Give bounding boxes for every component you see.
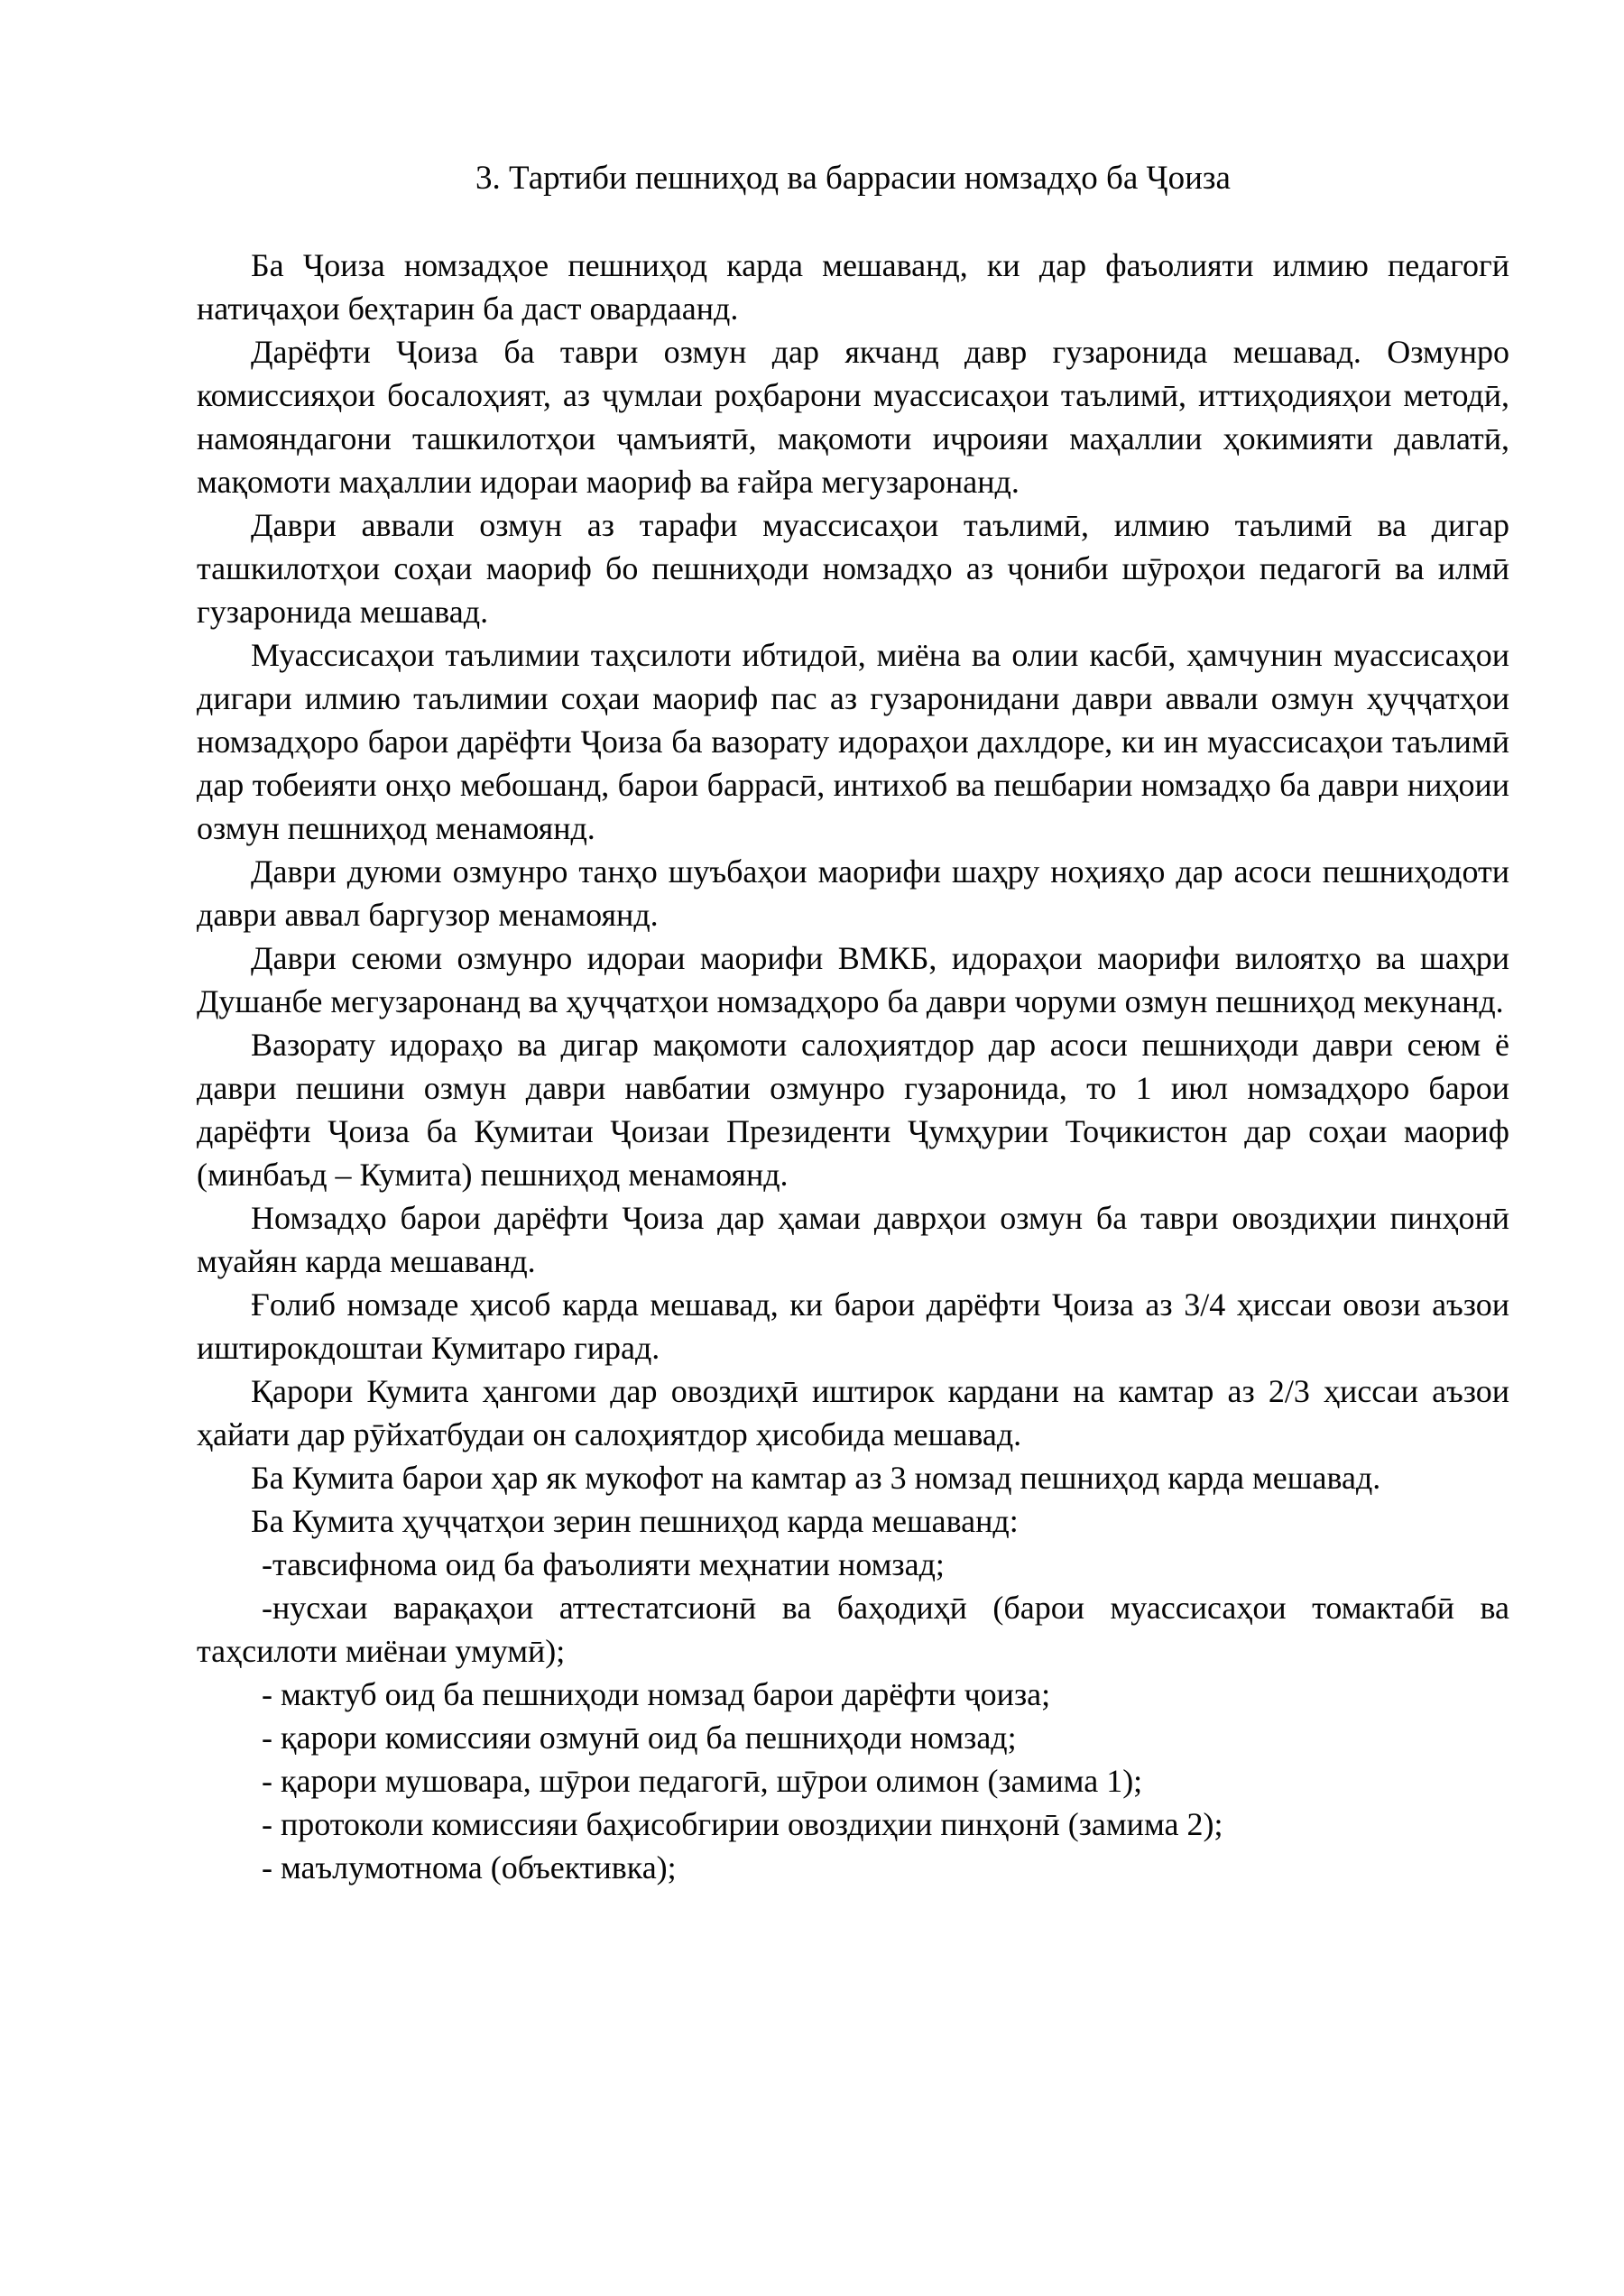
paragraph: Даври аввали озмун аз тарафи муассисаҳои… — [197, 503, 1509, 633]
paragraph: Ба Кумита ҳуҷҷатҳои зерин пешниҳод карда… — [197, 1499, 1509, 1543]
paragraph: Вазорату идораҳо ва дигар мақомоти салоҳ… — [197, 1023, 1509, 1196]
paragraph: Қарори Кумита ҳангоми дар овоздиҳӣ иштир… — [197, 1369, 1509, 1456]
paragraph: Дарёфти Ҷоиза ба таври озмун дар якчанд … — [197, 330, 1509, 503]
list-item: - қарори комиссияи озмунӣ оид ба пешниҳо… — [197, 1716, 1509, 1759]
paragraph: Ғолиб номзаде ҳисоб карда мешавад, ки ба… — [197, 1283, 1509, 1369]
list-item: - қарори мушовара, шӯрои педагогӣ, шӯрои… — [197, 1759, 1509, 1803]
paragraph: Номзадҳо барои дарёфти Ҷоиза дар ҳамаи д… — [197, 1196, 1509, 1283]
scanned-document-page: 3. Тартиби пешниҳод ва баррасии номзадҳо… — [0, 0, 1624, 2296]
list-item: -нусхаи варақаҳои аттестатсионӣ ва баҳод… — [197, 1586, 1509, 1673]
section-title: 3. Тартиби пешниҳод ва баррасии номзадҳо… — [197, 157, 1509, 200]
document-content: 3. Тартиби пешниҳод ва баррасии номзадҳо… — [197, 157, 1509, 1889]
list-item: - мактуб оид ба пешниҳоди номзад барои д… — [197, 1673, 1509, 1716]
paragraph: Ба Ҷоиза номзадҳое пешниҳод карда мешава… — [197, 244, 1509, 330]
paragraph: Даври дуюми озмунро танҳо шуъбаҳои маори… — [197, 850, 1509, 936]
list-item: -тавсифнома оид ба фаъолияти меҳнатии но… — [197, 1543, 1509, 1586]
paragraph: Муассисаҳои таълимии таҳсилоти ибтидоӣ, … — [197, 633, 1509, 850]
list-item: - маълумотнома (объективка); — [197, 1846, 1509, 1889]
paragraph: Ба Кумита барои ҳар як мукофот на камтар… — [197, 1456, 1509, 1499]
list-item: - протоколи комиссияи баҳисобгирии овозд… — [197, 1803, 1509, 1846]
paragraph: Даври сеюми озмунро идораи маорифи ВМКБ,… — [197, 936, 1509, 1023]
